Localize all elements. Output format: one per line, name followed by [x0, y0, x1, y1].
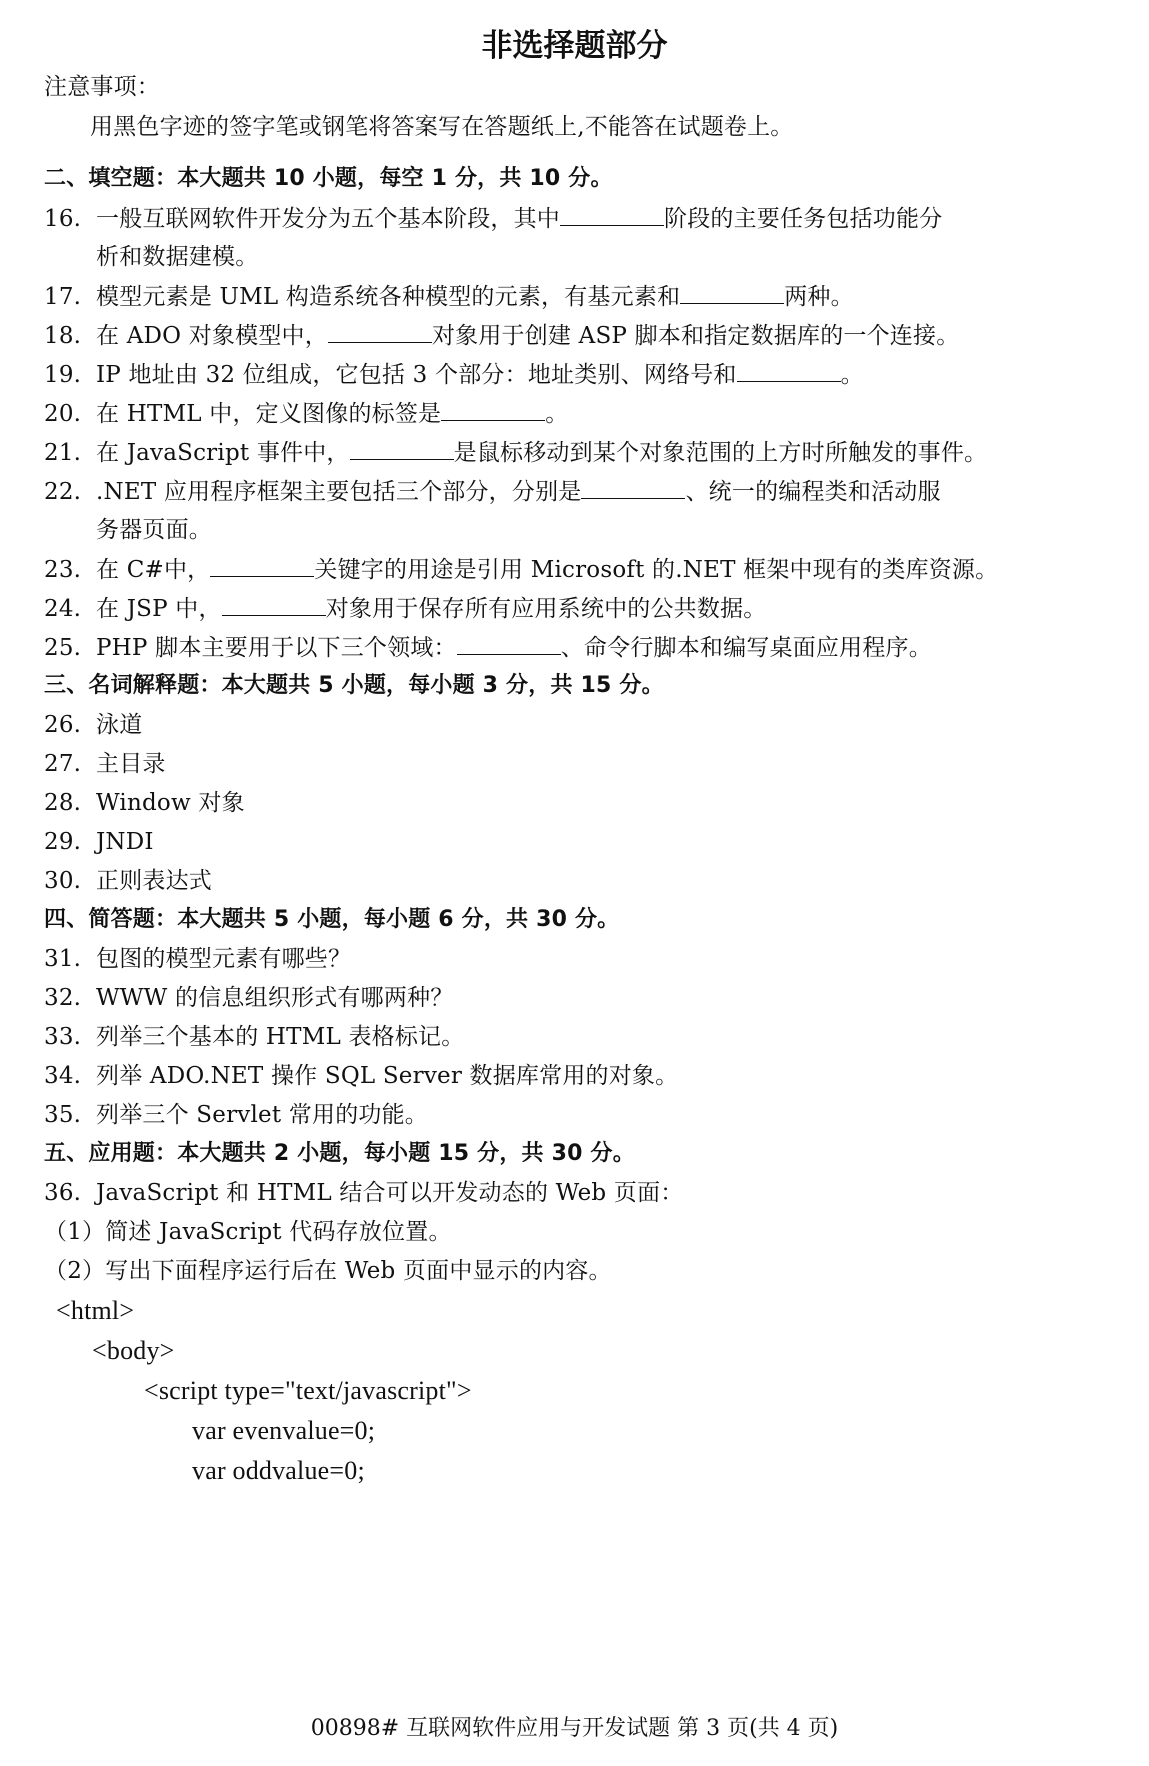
question-number: 17. [44, 282, 96, 312]
question-36-part-2: （2）写出下面程序运行后在 Web 页面中显示的内容。 [44, 1256, 612, 1286]
question-36-part-1: （1）简述 JavaScript 代码存放位置。 [44, 1217, 452, 1247]
question-text: 阶段的主要任务包括功能分 [664, 206, 942, 232]
question-number: 30. [44, 866, 96, 896]
question-number: 35. [44, 1100, 96, 1130]
answer-blank [328, 320, 432, 343]
question-number: 33. [44, 1022, 96, 1052]
answer-blank [441, 398, 545, 421]
code-line: <body> [92, 1336, 175, 1366]
question-18: 18.在 ADO 对象模型中，对象用于创建 ASP 脚本和指定数据库的一个连接。 [44, 320, 959, 351]
question-text: 模型元素是 UML 构造系统各种模型的元素，有基元素和 [96, 284, 680, 310]
answer-blank [222, 593, 326, 616]
question-17: 17.模型元素是 UML 构造系统各种模型的元素，有基元素和两种。 [44, 281, 854, 312]
notice-heading: 注意事项： [44, 72, 160, 102]
question-27: 27.主目录 [44, 749, 166, 779]
question-text: 在 HTML 中，定义图像的标签是 [96, 401, 441, 427]
question-28: 28.Window 对象 [44, 788, 245, 818]
question-text: PHP 脚本主要用于以下三个领域： [96, 635, 457, 661]
code-line: <script type="text/javascript"> [144, 1376, 472, 1406]
question-31: 31.包图的模型元素有哪些？ [44, 944, 351, 974]
notice-text: 用黑色字迹的签字笔或钢笔将答案写在答题纸上,不能答在试题卷上。 [90, 112, 794, 142]
question-number: 23. [44, 555, 96, 585]
page-title: 非选择题部分 [0, 26, 1149, 66]
section-heading-short-answer: 四、简答题：本大题共 5 小题，每小题 6 分，共 30 分。 [44, 905, 619, 935]
question-number: 29. [44, 827, 96, 857]
question-text: 对象用于保存所有应用系统中的公共数据。 [326, 596, 767, 622]
question-text: 、统一的编程类和活动服 [685, 479, 940, 505]
question-number: 21. [44, 438, 96, 468]
question-24: 24.在 JSP 中，对象用于保存所有应用系统中的公共数据。 [44, 593, 767, 624]
answer-blank [737, 359, 841, 382]
question-number: 27. [44, 749, 96, 779]
question-32: 32.WWW 的信息组织形式有哪两种？ [44, 983, 453, 1013]
question-number: 19. [44, 360, 96, 390]
question-text: 一般互联网软件开发分为五个基本阶段，其中 [96, 206, 560, 232]
question-20: 20.在 HTML 中，定义图像的标签是。 [44, 398, 568, 429]
answer-blank [581, 476, 685, 499]
question-text: 主目录 [96, 751, 166, 777]
question-text: 、命令行脚本和编写桌面应用程序。 [561, 635, 932, 661]
question-text: 在 JSP 中， [96, 596, 222, 622]
answer-blank [560, 203, 664, 226]
code-line: var oddvalue=0; [192, 1456, 365, 1486]
question-33: 33.列举三个基本的 HTML 表格标记。 [44, 1022, 464, 1052]
question-26: 26.泳道 [44, 710, 142, 740]
question-number: 18. [44, 321, 96, 351]
code-line: var evenvalue=0; [192, 1416, 375, 1446]
question-22-continued: 务器页面。 [96, 515, 212, 545]
question-text: 包图的模型元素有哪些？ [96, 946, 351, 972]
question-text: Window 对象 [96, 790, 245, 816]
question-number: 36. [44, 1178, 96, 1208]
question-text: 是鼠标移动到某个对象范围的上方时所触发的事件。 [454, 440, 988, 466]
question-text: 列举 ADO.NET 操作 SQL Server 数据库常用的对象。 [96, 1063, 678, 1089]
exam-page: 非选择题部分 注意事项： 用黑色字迹的签字笔或钢笔将答案写在答题纸上,不能答在试… [0, 0, 1149, 1766]
question-36: 36.JavaScript 和 HTML 结合可以开发动态的 Web 页面： [44, 1178, 683, 1208]
code-line: <html> [56, 1296, 134, 1326]
question-text: 泳道 [96, 712, 142, 738]
section-heading-fill-blank: 二、填空题：本大题共 10 小题，每空 1 分，共 10 分。 [44, 164, 613, 194]
question-number: 31. [44, 944, 96, 974]
question-text: 列举三个 Servlet 常用的功能。 [96, 1102, 428, 1128]
question-text: 在 C#中， [96, 557, 210, 583]
question-text: IP 地址由 32 位组成，它包括 3 个部分：地址类别、网络号和 [96, 362, 737, 388]
question-29: 29.JNDI [44, 827, 154, 857]
question-text: WWW 的信息组织形式有哪两种？ [96, 985, 453, 1011]
question-number: 28. [44, 788, 96, 818]
question-number: 16. [44, 204, 96, 234]
question-text: .NET 应用程序框架主要包括三个部分，分别是 [96, 479, 581, 505]
question-23: 23.在 C#中，关键字的用途是引用 Microsoft 的.NET 框架中现有… [44, 554, 998, 585]
question-text: 正则表达式 [96, 868, 212, 894]
answer-blank [680, 281, 784, 304]
question-35: 35.列举三个 Servlet 常用的功能。 [44, 1100, 428, 1130]
question-number: 24. [44, 594, 96, 624]
question-number: 25. [44, 633, 96, 663]
question-text: 在 ADO 对象模型中， [96, 323, 328, 349]
question-number: 34. [44, 1061, 96, 1091]
question-text: 对象用于创建 ASP 脚本和指定数据库的一个连接。 [432, 323, 959, 349]
answer-blank [210, 554, 314, 577]
question-text: JavaScript 和 HTML 结合可以开发动态的 Web 页面： [96, 1180, 683, 1206]
section-heading-terms: 三、名词解释题：本大题共 5 小题，每小题 3 分，共 15 分。 [44, 671, 664, 701]
question-30: 30.正则表达式 [44, 866, 212, 896]
section-heading-application: 五、应用题：本大题共 2 小题，每小题 15 分，共 30 分。 [44, 1139, 635, 1169]
question-25: 25.PHP 脚本主要用于以下三个领域：、命令行脚本和编写桌面应用程序。 [44, 632, 932, 663]
question-text: 列举三个基本的 HTML 表格标记。 [96, 1024, 464, 1050]
question-text: 在 JavaScript 事件中， [96, 440, 350, 466]
question-34: 34.列举 ADO.NET 操作 SQL Server 数据库常用的对象。 [44, 1061, 678, 1091]
question-number: 32. [44, 983, 96, 1013]
question-text: JNDI [96, 829, 154, 855]
question-number: 26. [44, 710, 96, 740]
question-text: 。 [545, 401, 568, 427]
answer-blank [457, 632, 561, 655]
question-text: 。 [841, 362, 864, 388]
question-19: 19.IP 地址由 32 位组成，它包括 3 个部分：地址类别、网络号和。 [44, 359, 864, 390]
question-21: 21.在 JavaScript 事件中，是鼠标移动到某个对象范围的上方时所触发的… [44, 437, 987, 468]
question-16-continued: 析和数据建模。 [96, 242, 258, 272]
question-16: 16.一般互联网软件开发分为五个基本阶段，其中阶段的主要任务包括功能分 [44, 203, 942, 234]
question-text: 关键字的用途是引用 Microsoft 的.NET 框架中现有的类库资源。 [314, 557, 998, 583]
answer-blank [350, 437, 454, 460]
question-22: 22..NET 应用程序框架主要包括三个部分，分别是、统一的编程类和活动服 [44, 476, 941, 507]
question-text: 两种。 [784, 284, 854, 310]
question-number: 20. [44, 399, 96, 429]
question-number: 22. [44, 477, 96, 507]
page-footer: 00898# 互联网软件应用与开发试题 第 3 页(共 4 页) [0, 1714, 1149, 1744]
